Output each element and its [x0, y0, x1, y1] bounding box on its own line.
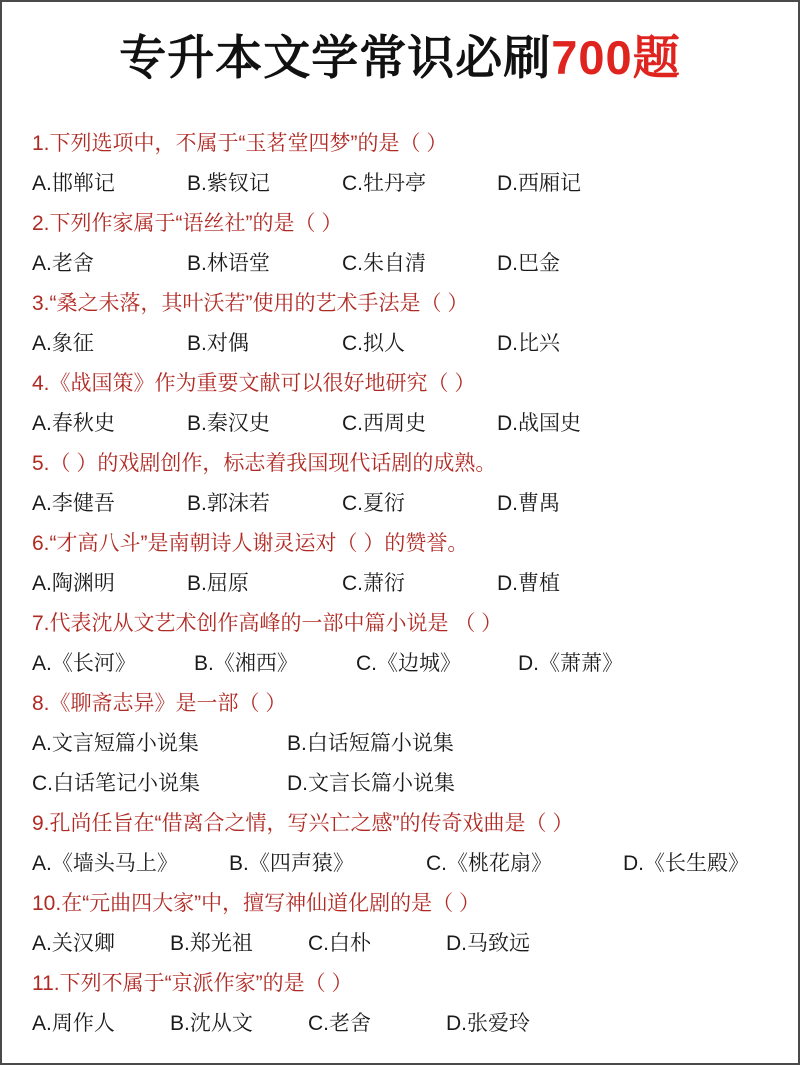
option-a: A.文言短篇小说集: [32, 727, 287, 757]
options-row: A.象征 B.对偶 C.拟人 D.比兴: [32, 322, 768, 362]
option-b: B.对偶: [187, 327, 342, 357]
question-text: 8.《聊斋志异》是一部（ ）: [32, 682, 768, 722]
options-row: A.《墙头马上》 B.《四声猿》 C.《桃花扇》 D.《长生殿》: [32, 842, 768, 882]
question-text: 11.下列不属于“京派作家”的是（ ）: [32, 962, 768, 1002]
option-a: A.春秋史: [32, 407, 187, 437]
options-row: A.陶渊明 B.屈原 C.萧衍 D.曹植: [32, 562, 768, 602]
question-list: 1.下列选项中，不属于“玉茗堂四梦”的是（ ） A.邯郸记 B.紫钗记 C.牡丹…: [2, 122, 798, 1042]
question-text: 4.《战国策》作为重要文献可以很好地研究（ ）: [32, 362, 768, 402]
option-c: C.白朴: [308, 927, 446, 957]
question-2: 2.下列作家属于“语丝社”的是（ ） A.老舍 B.林语堂 C.朱自清 D.巴金: [32, 202, 768, 282]
option-d: D.西厢记: [497, 167, 581, 197]
options-row: A.邯郸记 B.紫钗记 C.牡丹亭 D.西厢记: [32, 162, 768, 202]
option-a: A.老舍: [32, 247, 187, 277]
option-b: B.紫钗记: [187, 167, 342, 197]
option-b: B.林语堂: [187, 247, 342, 277]
option-d: D.《萧萧》: [518, 647, 623, 677]
question-text: 2.下列作家属于“语丝社”的是（ ）: [32, 202, 768, 242]
option-a: A.《墙头马上》: [32, 847, 229, 877]
options-row: A.李健吾 B.郭沫若 C.夏衍 D.曹禺: [32, 482, 768, 522]
options-row: C.白话笔记小说集 D.文言长篇小说集: [32, 762, 768, 802]
page-title-red-highlight: 700题: [551, 31, 680, 84]
question-10: 10.在“元曲四大家”中，擅写神仙道化剧的是（ ） A.关汉卿 B.郑光祖 C.…: [32, 882, 768, 962]
page-title-black: 专升本文学常识必刷: [119, 31, 551, 84]
option-d: D.战国史: [497, 407, 581, 437]
option-a: A.《长河》: [32, 647, 194, 677]
question-text: 1.下列选项中，不属于“玉茗堂四梦”的是（ ）: [32, 122, 768, 162]
option-c: C.拟人: [342, 327, 497, 357]
option-b: B.白话短篇小说集: [287, 727, 454, 757]
question-1: 1.下列选项中，不属于“玉茗堂四梦”的是（ ） A.邯郸记 B.紫钗记 C.牡丹…: [32, 122, 768, 202]
question-5: 5.（ ）的戏剧创作，标志着我国现代话剧的成熟。 A.李健吾 B.郭沫若 C.夏…: [32, 442, 768, 522]
option-c: C.《桃花扇》: [426, 847, 623, 877]
option-c: C.白话笔记小说集: [32, 767, 287, 797]
option-d: D.曹禺: [497, 487, 560, 517]
question-8: 8.《聊斋志异》是一部（ ） A.文言短篇小说集 B.白话短篇小说集 C.白话笔…: [32, 682, 768, 802]
option-d: D.曹植: [497, 567, 560, 597]
option-c: C.朱自清: [342, 247, 497, 277]
option-a: A.周作人: [32, 1007, 170, 1037]
question-text: 6.“才高八斗”是南朝诗人谢灵运对（ ）的赞誉。: [32, 522, 768, 562]
option-d: D.张爱玲: [446, 1007, 530, 1037]
option-a: A.陶渊明: [32, 567, 187, 597]
option-b: B.秦汉史: [187, 407, 342, 437]
options-row: A.《长河》 B.《湘西》 C.《边城》 D.《萧萧》: [32, 642, 768, 682]
question-text: 5.（ ）的戏剧创作，标志着我国现代话剧的成熟。: [32, 442, 768, 482]
option-d: D.马致远: [446, 927, 530, 957]
option-c: C.老舍: [308, 1007, 446, 1037]
options-row: A.文言短篇小说集 B.白话短篇小说集: [32, 722, 768, 762]
option-a: A.李健吾: [32, 487, 187, 517]
question-9: 9.孔尚任旨在“借离合之情，写兴亡之感”的传奇戏曲是（ ） A.《墙头马上》 B…: [32, 802, 768, 882]
options-row: A.关汉卿 B.郑光祖 C.白朴 D.马致远: [32, 922, 768, 962]
options-row: A.老舍 B.林语堂 C.朱自清 D.巴金: [32, 242, 768, 282]
question-6: 6.“才高八斗”是南朝诗人谢灵运对（ ）的赞誉。 A.陶渊明 B.屈原 C.萧衍…: [32, 522, 768, 602]
option-a: A.象征: [32, 327, 187, 357]
option-a: A.邯郸记: [32, 167, 187, 197]
option-d: D.比兴: [497, 327, 560, 357]
question-text: 3.“桑之未落，其叶沃若”使用的艺术手法是（ ）: [32, 282, 768, 322]
page-title: 专升本文学常识必刷700题: [2, 28, 798, 88]
option-b: B.《四声猿》: [229, 847, 426, 877]
options-row: A.春秋史 B.秦汉史 C.西周史 D.战国史: [32, 402, 768, 442]
question-7: 7.代表沈从文艺术创作高峰的一部中篇小说是 （ ） A.《长河》 B.《湘西》 …: [32, 602, 768, 682]
option-b: B.沈从文: [170, 1007, 308, 1037]
question-text: 10.在“元曲四大家”中，擅写神仙道化剧的是（ ）: [32, 882, 768, 922]
question-4: 4.《战国策》作为重要文献可以很好地研究（ ） A.春秋史 B.秦汉史 C.西周…: [32, 362, 768, 442]
option-b: B.屈原: [187, 567, 342, 597]
option-d: D.《长生殿》: [623, 847, 749, 877]
question-text: 9.孔尚任旨在“借离合之情，写兴亡之感”的传奇戏曲是（ ）: [32, 802, 768, 842]
option-a: A.关汉卿: [32, 927, 170, 957]
option-b: B.郭沫若: [187, 487, 342, 517]
option-c: C.萧衍: [342, 567, 497, 597]
option-c: C.牡丹亭: [342, 167, 497, 197]
question-text: 7.代表沈从文艺术创作高峰的一部中篇小说是 （ ）: [32, 602, 768, 642]
option-b: B.《湘西》: [194, 647, 356, 677]
option-c: C.《边城》: [356, 647, 518, 677]
option-c: C.夏衍: [342, 487, 497, 517]
options-row: A.周作人 B.沈从文 C.老舍 D.张爱玲: [32, 1002, 768, 1042]
question-3: 3.“桑之未落，其叶沃若”使用的艺术手法是（ ） A.象征 B.对偶 C.拟人 …: [32, 282, 768, 362]
option-d: D.文言长篇小说集: [287, 767, 455, 797]
option-b: B.郑光祖: [170, 927, 308, 957]
option-c: C.西周史: [342, 407, 497, 437]
option-d: D.巴金: [497, 247, 560, 277]
quiz-page: { "title": { "prefix": "专升本文学常识必刷", "hig…: [0, 0, 800, 1065]
question-11: 11.下列不属于“京派作家”的是（ ） A.周作人 B.沈从文 C.老舍 D.张…: [32, 962, 768, 1042]
